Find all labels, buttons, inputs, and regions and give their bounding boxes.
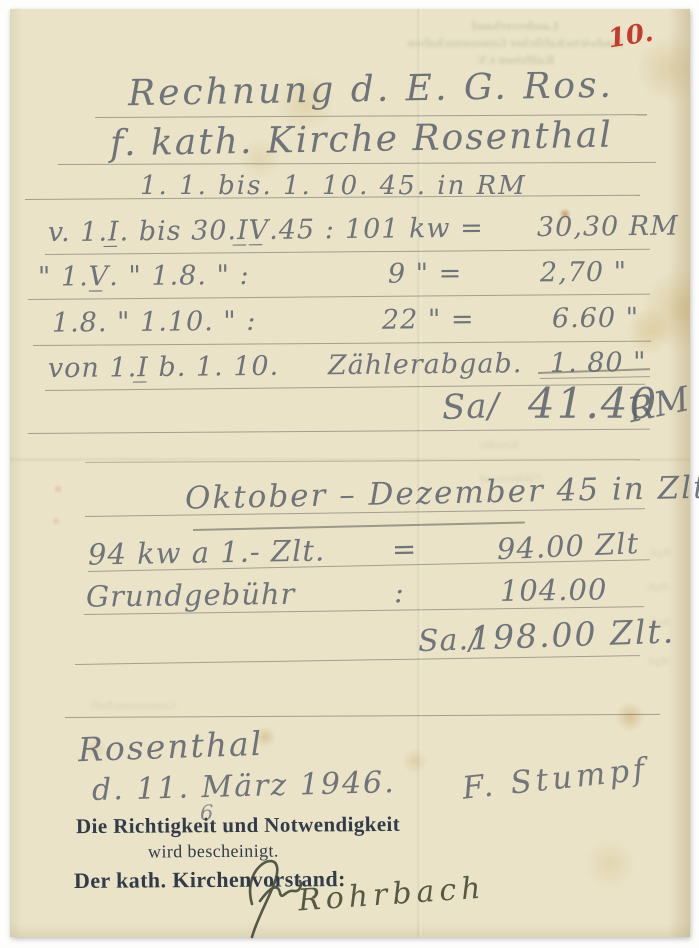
row-amount: 6.60 " [552,302,639,334]
row-amount: 2,70 " [540,257,627,289]
row-label: Zählerabgab. [328,348,523,381]
bleedthrough-text: Kredit: [478,437,519,453]
bleedthrough-line: Raiffeisen e.V. [370,51,660,68]
row-amount: 104.00 [500,572,608,607]
row-quantity: 101 kw = [345,213,484,245]
rule-line [28,429,650,434]
row-amount: 30,30 RM [537,211,679,243]
subtitle: f. kath. Kirche Rosenthal [110,115,613,165]
underline-emphasis [193,521,525,531]
rule-line [65,714,660,718]
row-quantity: 22 " = [382,304,475,336]
paper-sheet: Landesverband landwirtschaftlicher Genos… [10,9,690,937]
row-period: v. 1.I̲. bis 30.I̲V̲.45 : [48,214,335,248]
stamp-line1: Die Richtigkeit und Notwendigkeit [76,812,400,839]
row-colon: : [394,575,405,609]
document-scan: Landesverband landwirtschaftlicher Genos… [0,0,699,948]
row-quantity: 9 " = [388,258,463,290]
rm-total-label: Sa/ [441,386,500,428]
row-period: von 1.I̲ b. 1. 10. [48,351,280,384]
bleedthrough-text: Rpf. [646,654,668,669]
bleedthrough-text: Genossenschaft [90,697,176,713]
signature-stumpf: F. Stumpf [461,751,651,806]
row-period: 1.8. " 1.10. " : [52,306,257,339]
rule-line [75,655,640,665]
place-line: Rosenthal [77,724,263,769]
zl-total-amount: 198.00 Zlt. [469,611,675,657]
row-period: " 1.V̲. " 1.8. " : [38,260,250,293]
title: Rechnung d. E. G. Ros. [128,65,615,114]
date-line: d. 11. März 1946. [92,765,397,808]
row-item: Grundgebühr [86,577,296,614]
row-amount: 1. 80 " [550,347,647,379]
row-equals: = [392,532,418,566]
